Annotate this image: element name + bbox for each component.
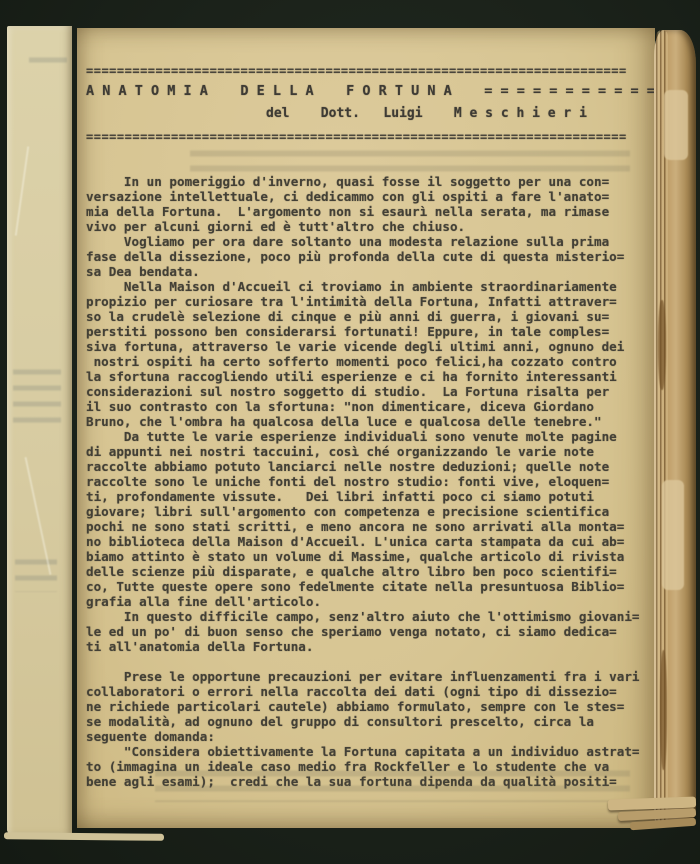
paragraph: In un pomeriggio d'inverno, quasi fosse … (86, 174, 652, 234)
typed-rule-top: ========================================… (86, 64, 648, 79)
paragraph: Prese le opportune precauzioni per evita… (86, 669, 652, 744)
typed-rule-bottom: ========================================… (86, 130, 648, 145)
paper-crease (25, 457, 51, 575)
facing-page-edge (7, 26, 72, 833)
paragraph: "Considera obiettivamente la Fortuna cap… (86, 744, 652, 789)
paragraph: Nella Maison d'Accueil ci troviamo in am… (86, 279, 652, 429)
paragraph: Vogliamo per ora dare soltanto una modes… (86, 234, 652, 279)
edge-stain (658, 300, 666, 390)
document-byline: del Dott. Luigi M e s c h i e r i (86, 106, 655, 121)
document-page: ========================================… (77, 28, 655, 828)
edge-stain (660, 650, 667, 770)
scanned-book-photo: { "document": { "header": { "rule_top": … (0, 0, 700, 864)
paragraph: Da tutte le varie esperienze individuali… (86, 429, 652, 609)
bleedthrough-text (13, 364, 61, 430)
document-title: A N A T O M I A D E L L A F O R T U N A … (86, 84, 655, 99)
worn-patch (664, 90, 688, 160)
bleedthrough-text (29, 52, 67, 66)
paragraph: In questo difficile campo, senz'altro ai… (86, 609, 652, 654)
document-body: In un pomeriggio d'inverno, quasi fosse … (86, 174, 652, 789)
page-stack-edge (4, 832, 164, 841)
paper-crease (15, 146, 29, 235)
book-spine-edge (654, 30, 696, 824)
worn-patch (662, 480, 684, 590)
